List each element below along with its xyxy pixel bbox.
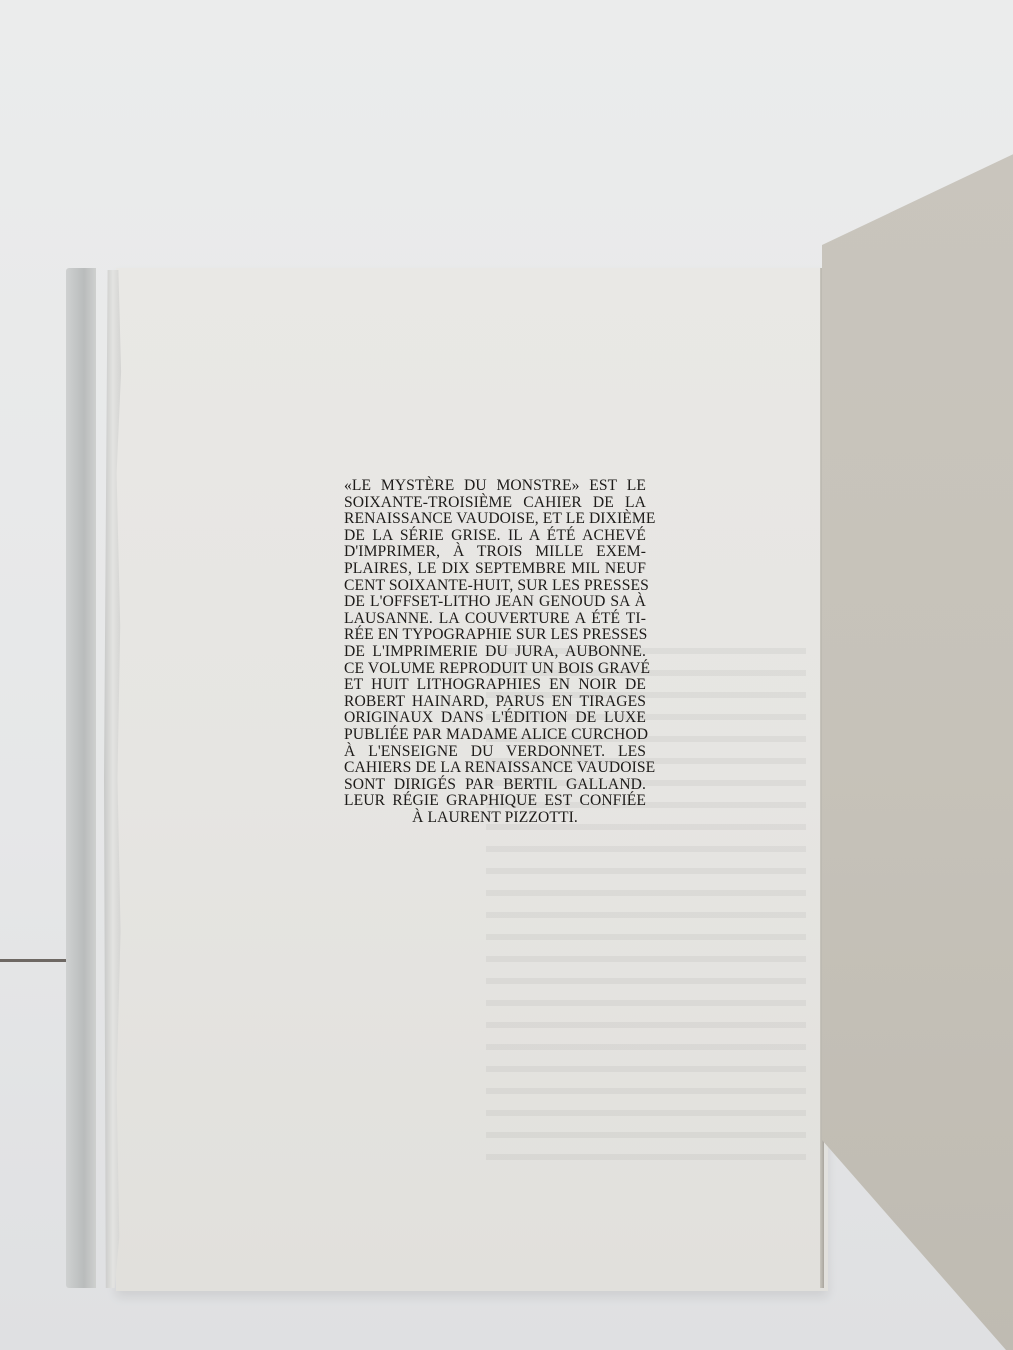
colophon-line: À LAURENT PIZZOTTI. <box>344 810 646 827</box>
colophon-line: DE L'IMPRIMERIE DU JURA, AUBONNE. <box>344 644 646 661</box>
colophon-line: SONT DIRIGÉS PAR BERTIL GALLAND. <box>344 777 646 794</box>
colophon-line: D'IMPRIMER, À TROIS MILLE EXEM- <box>344 544 646 561</box>
colophon-line: ET HUIT LITHOGRAPHIES EN NOIR DE <box>344 677 646 694</box>
colophon-line: RENAISSANCE VAUDOISE, ET LE DIXIÈME <box>344 511 646 528</box>
book-cover-edge <box>66 268 96 1288</box>
colophon-line: DE L'OFFSET-LITHO JEAN GENOUD SA À <box>344 594 646 611</box>
colophon-line: ORIGINAUX DANS L'ÉDITION DE LUXE <box>344 710 646 727</box>
colophon-line: LEUR RÉGIE GRAPHIQUE EST CONFIÉE <box>344 793 646 810</box>
colophon-line: CENT SOIXANTE-HUIT, SUR LES PRESSES <box>344 578 646 595</box>
colophon-line: PLAIRES, LE DIX SEPTEMBRE MIL NEUF <box>344 561 646 578</box>
right-page <box>822 150 1013 1350</box>
colophon-line: LAUSANNE. LA COUVERTURE A ÉTÉ TI- <box>344 611 646 628</box>
colophon-line: CE VOLUME REPRODUIT UN BOIS GRAVÉ <box>344 661 646 678</box>
colophon-line: «LE MYSTÈRE DU MONSTRE» EST LE <box>344 478 646 495</box>
colophon-line: DE LA SÉRIE GRISE. IL A ÉTÉ ACHEVÉ <box>344 528 646 545</box>
colophon-line: À L'ENSEIGNE DU VERDONNET. LES <box>344 744 646 761</box>
colophon-line: PUBLIÉE PAR MADAME ALICE CURCHOD <box>344 727 646 744</box>
colophon-text: «LE MYSTÈRE DU MONSTRE» EST LE SOIXANTE-… <box>344 478 646 826</box>
colophon-line: SOIXANTE-TROISIÈME CAHIER DE LA <box>344 495 646 512</box>
colophon-line: ROBERT HAINARD, PARUS EN TIRAGES <box>344 694 646 711</box>
colophon-line: RÉE EN TYPOGRAPHIE SUR LES PRESSES <box>344 627 646 644</box>
colophon-line: CAHIERS DE LA RENAISSANCE VAUDOISE <box>344 760 646 777</box>
